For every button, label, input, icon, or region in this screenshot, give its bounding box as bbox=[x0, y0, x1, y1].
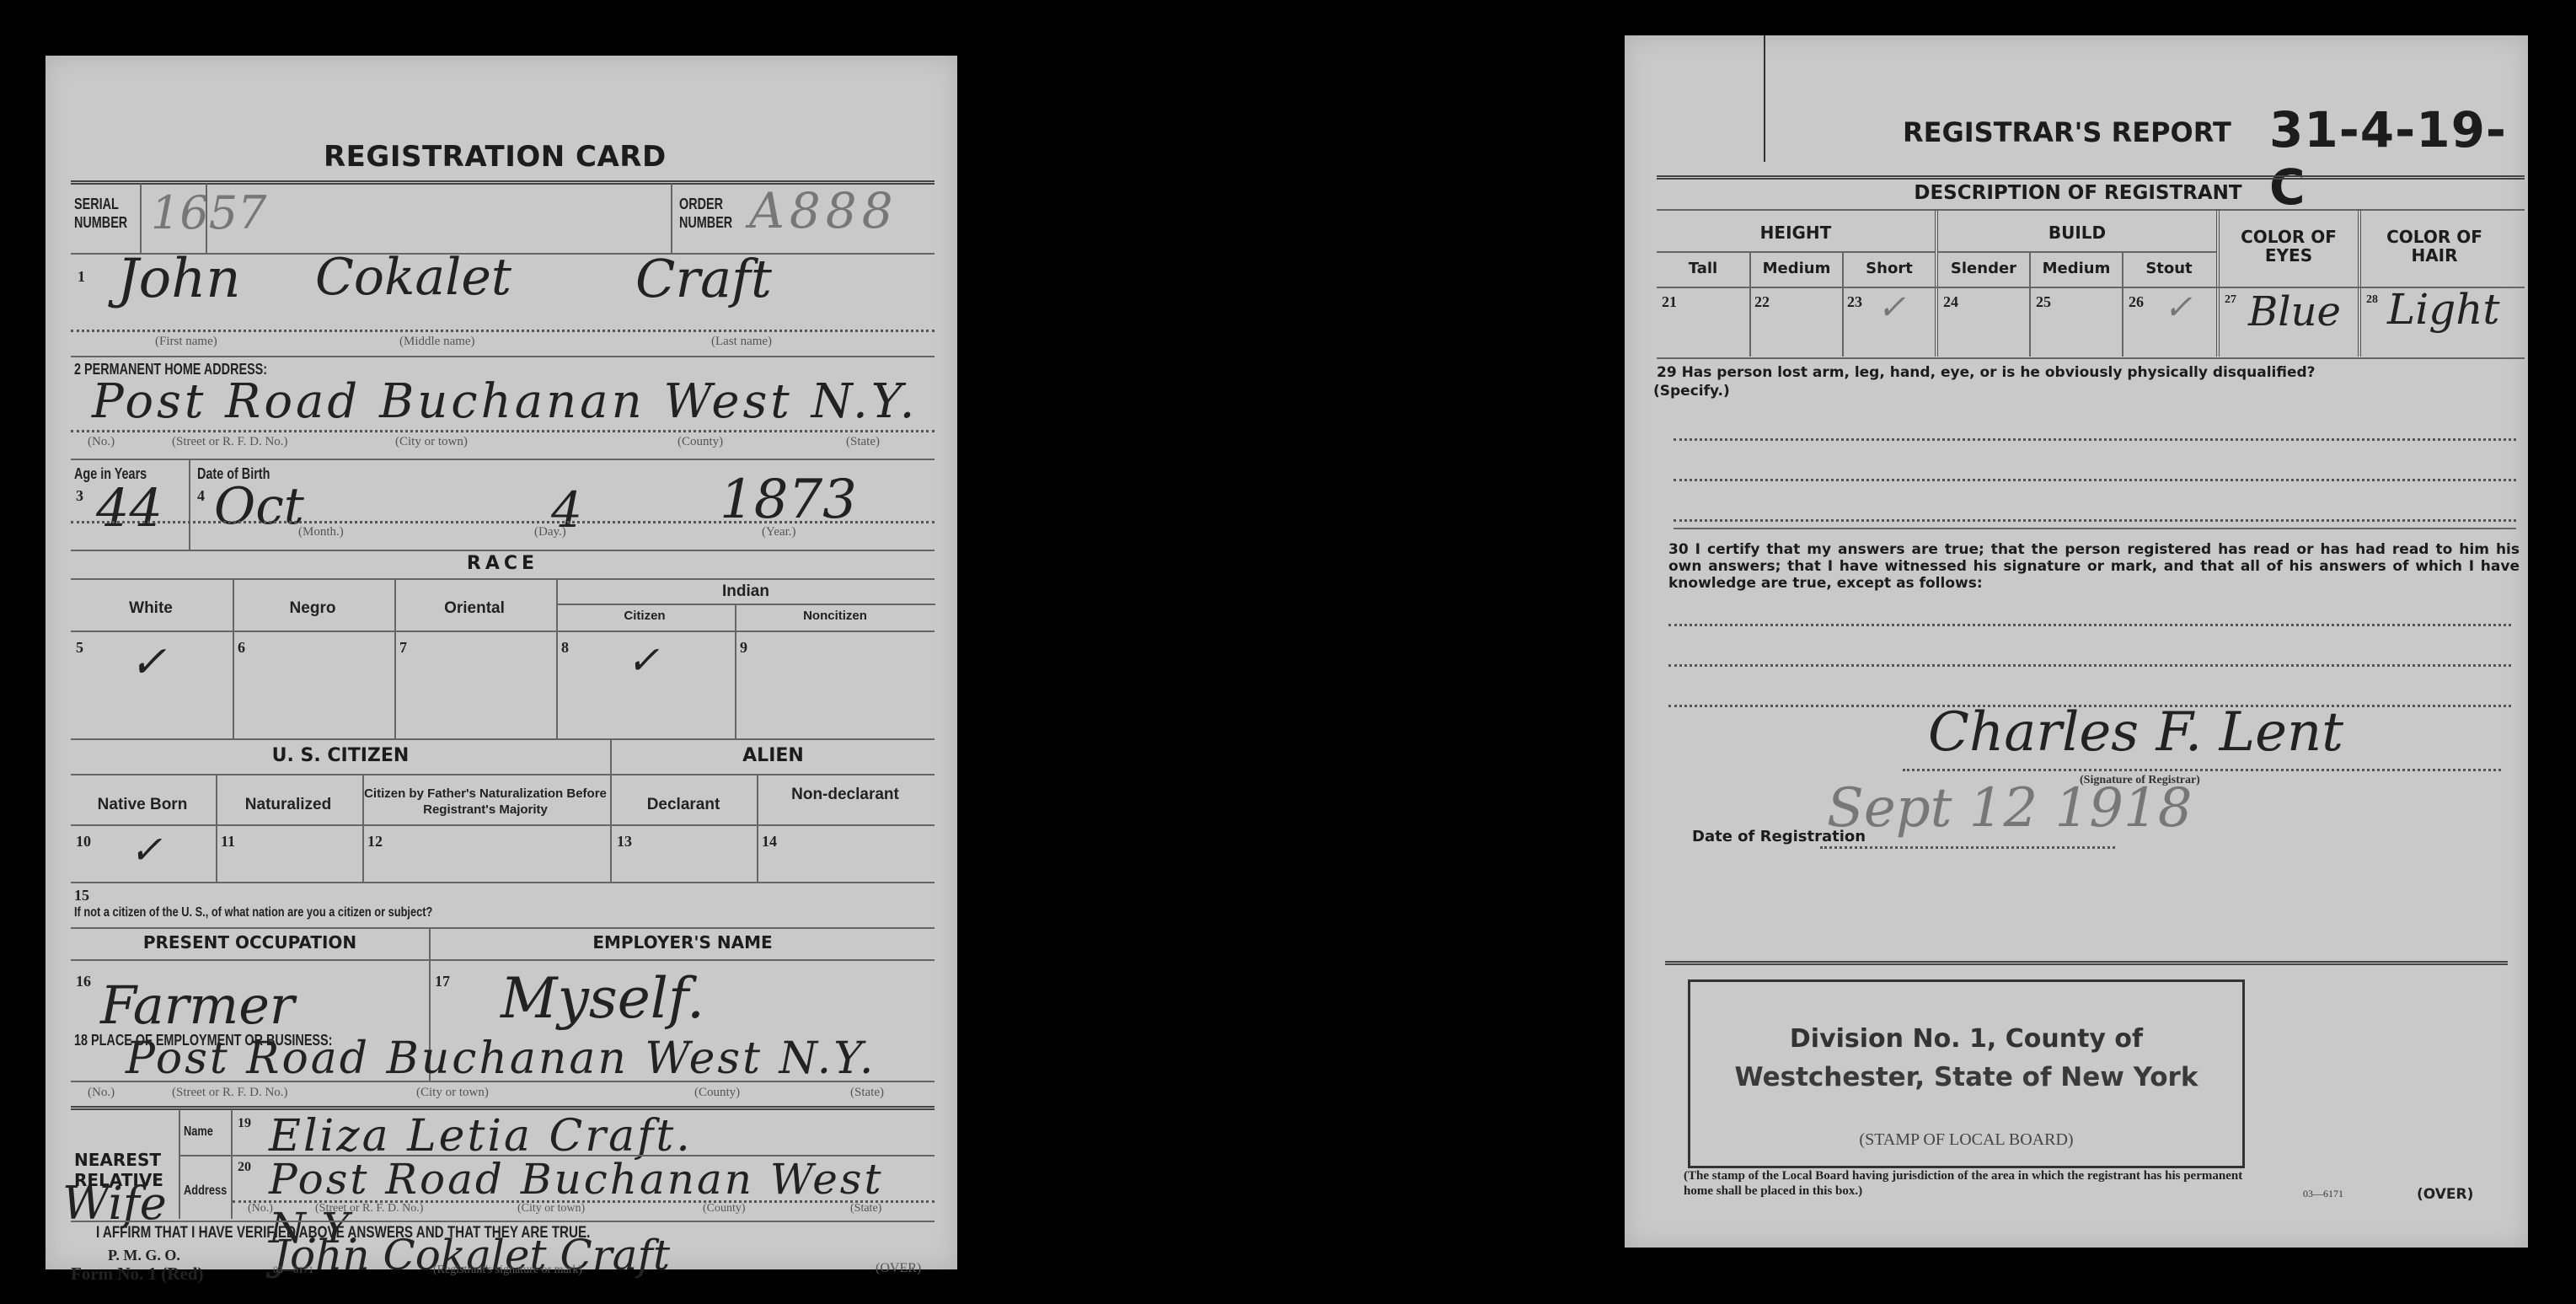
field-number: 21 bbox=[1662, 293, 1677, 311]
hair-color-title: COLOR OF HAIR bbox=[2363, 228, 2506, 265]
address-sublabel-state: (State) bbox=[846, 435, 880, 449]
specify-label: (Specify.) bbox=[1653, 383, 1730, 400]
divider bbox=[2122, 251, 2123, 357]
field-number: 14 bbox=[762, 833, 777, 851]
field-number: 24 bbox=[1943, 293, 1958, 311]
registrar-signature: Charles F. Lent bbox=[1928, 701, 2343, 764]
divider bbox=[71, 521, 935, 523]
form-code: 03—6171 bbox=[273, 1264, 313, 1276]
divider bbox=[71, 824, 935, 826]
divider bbox=[71, 356, 935, 357]
race-negro-header: Negro bbox=[233, 599, 393, 618]
order-number-label: ORDER NUMBER bbox=[679, 195, 733, 232]
month-label: (Month.) bbox=[298, 525, 344, 539]
field-number: 9 bbox=[740, 639, 747, 657]
height-tall-header: Tall bbox=[1657, 260, 1749, 277]
birth-month-value: Oct bbox=[214, 477, 304, 536]
divider bbox=[71, 882, 935, 883]
divider bbox=[71, 330, 935, 332]
last-name-label: (Last name) bbox=[711, 335, 772, 349]
non-declarant-header: Non-declarant bbox=[757, 786, 934, 804]
field-number: 17 bbox=[435, 973, 450, 990]
divider bbox=[206, 184, 207, 253]
alien-title: ALIEN bbox=[612, 745, 935, 766]
card-title: REGISTRATION CARD bbox=[324, 140, 667, 174]
field-number: 11 bbox=[221, 833, 235, 851]
relative-sublabel-state: (State) bbox=[850, 1202, 881, 1215]
divider bbox=[1665, 961, 2508, 965]
field-number: 8 bbox=[561, 639, 569, 657]
answer-line bbox=[1674, 438, 2516, 441]
serial-number-label: SERIAL NUMBER bbox=[74, 195, 128, 232]
home-address-value: Post Road Buchanan West N.Y. bbox=[92, 374, 918, 429]
race-white-mark: ✓ bbox=[130, 637, 167, 688]
physical-disqualification-question: 29 Has person lost arm, leg, hand, eye, … bbox=[1657, 364, 2525, 381]
divider bbox=[71, 959, 935, 961]
first-name-value: John bbox=[117, 248, 241, 310]
race-indian-citizen-mark: ✓ bbox=[627, 637, 660, 683]
divider bbox=[71, 738, 935, 740]
field-number: 22 bbox=[1754, 293, 1770, 311]
field-number: 25 bbox=[2036, 293, 2051, 311]
employment-sublabel-street: (Street or R. F. D. No.) bbox=[172, 1086, 288, 1100]
pmgo-label: P. M. G. O. bbox=[71, 1246, 203, 1264]
divider bbox=[2029, 251, 2031, 357]
address-sublabel-street: (Street or R. F. D. No.) bbox=[172, 435, 288, 449]
height-medium-header: Medium bbox=[1751, 260, 1842, 277]
field-number: 15 bbox=[74, 887, 89, 904]
field-number: 10 bbox=[76, 833, 91, 851]
divider bbox=[1842, 251, 1844, 357]
field-number: 7 bbox=[399, 639, 407, 657]
order-number-value: A888 bbox=[749, 182, 898, 239]
field-number: 19 bbox=[238, 1116, 251, 1131]
answer-line bbox=[1674, 479, 2516, 481]
field-number: 20 bbox=[238, 1160, 251, 1175]
race-indian-noncitizen-header: Noncitizen bbox=[735, 609, 935, 623]
race-white-header: White bbox=[71, 599, 231, 618]
hair-color-value: Light bbox=[2387, 285, 2500, 334]
stamp-line-1: Division No. 1, County of bbox=[1690, 1024, 2242, 1054]
field-number: 6 bbox=[238, 639, 245, 657]
occupation-header: PRESENT OCCUPATION bbox=[71, 932, 429, 953]
field-number: 28 bbox=[2366, 293, 2378, 307]
stamp-line-2: Westchester, State of New York bbox=[1690, 1062, 2242, 1092]
divider bbox=[735, 604, 736, 738]
divider bbox=[71, 459, 935, 460]
declarant-header: Declarant bbox=[612, 796, 755, 814]
divider bbox=[216, 774, 217, 882]
us-citizen-title: U. S. CITIZEN bbox=[71, 745, 610, 766]
place-of-employment-value: Post Road Buchanan West N.Y. bbox=[126, 1033, 876, 1084]
stamp-note: (The stamp of the Local Board having jur… bbox=[1684, 1168, 2244, 1199]
over-label: (OVER) bbox=[876, 1261, 921, 1276]
answer-line bbox=[1668, 664, 2511, 667]
employer-value: Myself. bbox=[501, 966, 704, 1031]
build-medium-header: Medium bbox=[2031, 260, 2122, 277]
eye-color-title: COLOR OF EYES bbox=[2221, 228, 2356, 265]
field-number: 27 bbox=[2225, 293, 2236, 307]
field-number: 12 bbox=[367, 833, 383, 851]
relative-sublabel-no: (No.) bbox=[248, 1202, 273, 1215]
employment-sublabel-no: (No.) bbox=[88, 1086, 115, 1100]
divider bbox=[362, 774, 364, 882]
divider bbox=[71, 927, 935, 929]
registrars-report-card: REGISTRAR'S REPORT 31-4-19-C DESCRIPTION… bbox=[1625, 35, 2528, 1248]
divider bbox=[556, 578, 558, 738]
form-code: 03—6171 bbox=[2303, 1188, 2343, 1200]
age-value: 44 bbox=[96, 477, 163, 539]
divider bbox=[2358, 209, 2361, 357]
relative-sublabel-city: (City or town) bbox=[517, 1202, 585, 1215]
height-short-mark: ✓ bbox=[1877, 288, 1906, 327]
relative-address-label: Address bbox=[184, 1183, 227, 1199]
divider bbox=[71, 631, 935, 632]
citizen-by-father-header: Citizen by Father's Naturalization Befor… bbox=[362, 786, 608, 818]
race-oriental-header: Oriental bbox=[394, 599, 554, 618]
citizenship-nation-question: If not a citizen of the U. S., of what n… bbox=[74, 905, 432, 920]
employment-sublabel-city: (City or town) bbox=[416, 1086, 489, 1100]
address-sublabel-no: (No.) bbox=[88, 435, 115, 449]
field-number: 26 bbox=[2129, 293, 2144, 311]
relative-sublabel-street: (Street or R. F. D. No.) bbox=[315, 1202, 423, 1215]
field-number: 4 bbox=[197, 487, 205, 505]
field-number: 5 bbox=[76, 639, 83, 657]
middle-name-value: Cokalet bbox=[315, 248, 511, 307]
employer-header: EMPLOYER'S NAME bbox=[431, 932, 935, 953]
answer-line bbox=[1674, 519, 2516, 522]
date-line bbox=[1820, 846, 2115, 849]
year-label: (Year.) bbox=[762, 525, 796, 539]
divider bbox=[71, 774, 935, 775]
native-born-header: Native Born bbox=[71, 796, 214, 814]
occupation-value: Farmer bbox=[100, 974, 295, 1036]
first-name-label: (First name) bbox=[155, 335, 217, 349]
race-indian-citizen-header: Citizen bbox=[556, 609, 733, 623]
divider bbox=[1657, 357, 2525, 359]
registration-card: REGISTRATION CARD SERIAL NUMBER 1657 ORD… bbox=[46, 56, 957, 1269]
divider bbox=[71, 578, 935, 580]
pen-stroke bbox=[1764, 35, 1765, 162]
naturalized-header: Naturalized bbox=[216, 796, 361, 814]
build-slender-header: Slender bbox=[1938, 260, 2029, 277]
divider bbox=[71, 1221, 935, 1222]
date-of-registration-value: Sept 12 1918 bbox=[1827, 777, 2192, 840]
relative-name-label: Name bbox=[184, 1124, 213, 1140]
eye-color-value: Blue bbox=[2248, 288, 2341, 335]
employment-sublabel-state: (State) bbox=[850, 1086, 884, 1100]
address-sublabel-city: (City or town) bbox=[395, 435, 468, 449]
divider bbox=[71, 430, 935, 432]
divider bbox=[1749, 251, 1751, 357]
height-short-header: Short bbox=[1844, 260, 1935, 277]
registrar-certification-text: 30 I certify that my answers are true; t… bbox=[1668, 541, 2520, 592]
field-number: 23 bbox=[1847, 293, 1862, 311]
divider bbox=[140, 184, 142, 253]
divider bbox=[1674, 528, 2516, 529]
over-label: (OVER) bbox=[2417, 1186, 2473, 1203]
day-label: (Day.) bbox=[534, 525, 566, 539]
serial-number-value: 1657 bbox=[151, 186, 266, 239]
field-number: 13 bbox=[617, 833, 632, 851]
divider bbox=[1657, 251, 1935, 253]
divider bbox=[233, 578, 234, 738]
divider bbox=[757, 774, 758, 882]
height-title: HEIGHT bbox=[1657, 223, 1935, 243]
divider bbox=[394, 578, 396, 738]
address-sublabel-county: (County) bbox=[677, 435, 723, 449]
answer-line bbox=[1668, 624, 2511, 626]
stamp-label: (STAMP OF LOCAL BOARD) bbox=[1690, 1130, 2242, 1150]
divider bbox=[556, 604, 935, 605]
native-born-mark: ✓ bbox=[130, 827, 163, 872]
employment-sublabel-county: (County) bbox=[694, 1086, 740, 1100]
divider bbox=[671, 184, 672, 253]
last-name-value: Craft bbox=[635, 248, 772, 309]
divider bbox=[1938, 251, 2216, 253]
divider bbox=[189, 459, 190, 550]
build-stout-header: Stout bbox=[2123, 260, 2215, 277]
form-number-label: Form No. 1 (Red) bbox=[71, 1264, 203, 1283]
race-indian-header: Indian bbox=[556, 582, 935, 601]
relative-sublabel-county: (County) bbox=[703, 1202, 746, 1215]
divider bbox=[71, 550, 935, 551]
divider bbox=[1657, 175, 2525, 180]
report-title: REGISTRAR'S REPORT bbox=[1903, 116, 2231, 148]
build-title: BUILD bbox=[1938, 223, 2216, 243]
divider bbox=[1657, 209, 2525, 211]
relative-name-value: Eliza Letia Craft. bbox=[269, 1111, 693, 1162]
description-title: DESCRIPTION OF REGISTRANT bbox=[1657, 182, 2499, 204]
middle-name-label: (Middle name) bbox=[399, 335, 475, 349]
divider bbox=[71, 1106, 935, 1110]
stamp-box: Division No. 1, County of Westchester, S… bbox=[1688, 979, 2245, 1168]
build-stout-mark: ✓ bbox=[2164, 288, 2193, 327]
form-id-block: P. M. G. O. Form No. 1 (Red) bbox=[71, 1246, 203, 1283]
divider bbox=[179, 1109, 180, 1219]
field-number: 1 bbox=[78, 268, 85, 286]
divider bbox=[2216, 209, 2220, 357]
field-number: 3 bbox=[76, 487, 83, 505]
signature-label: (Registrant's signature or mark) bbox=[433, 1264, 582, 1277]
field-number: 16 bbox=[76, 973, 91, 990]
race-title: RACE bbox=[71, 553, 935, 574]
signature-line bbox=[1903, 769, 2501, 771]
